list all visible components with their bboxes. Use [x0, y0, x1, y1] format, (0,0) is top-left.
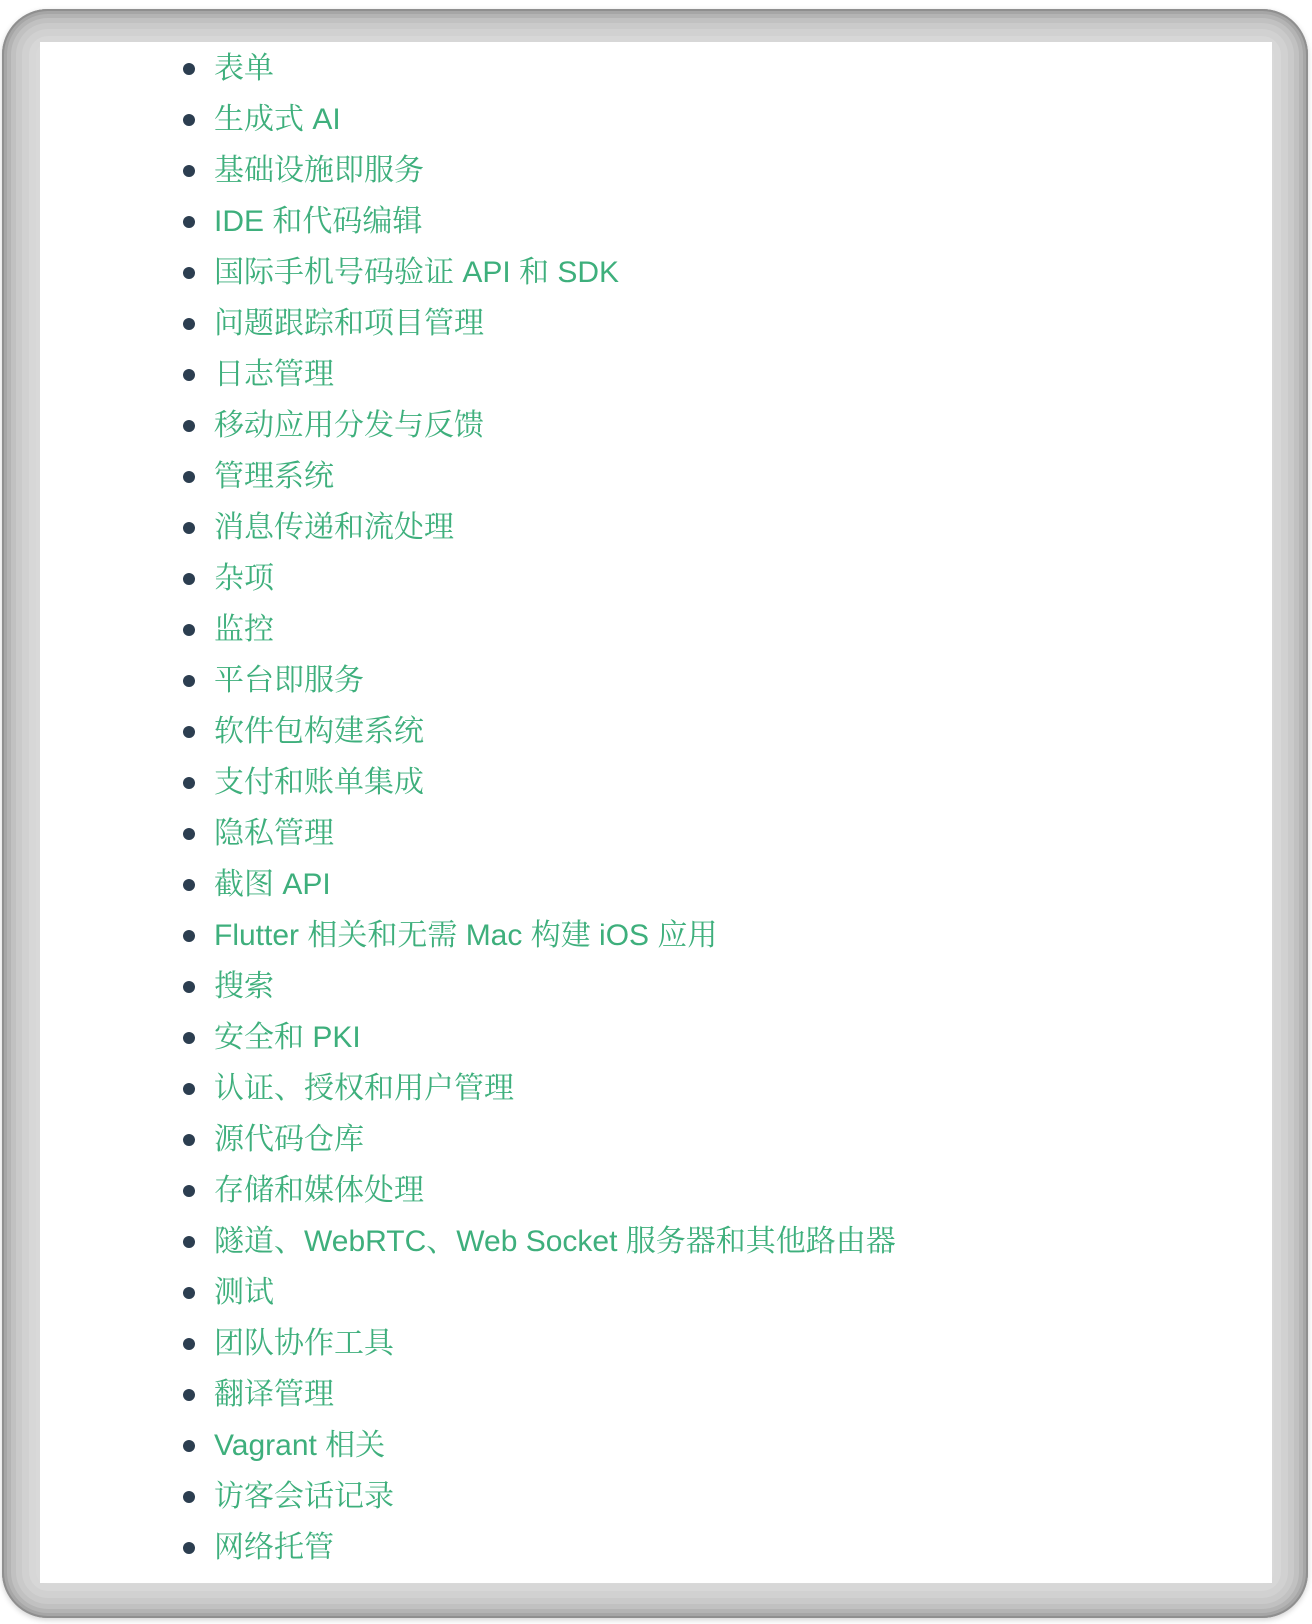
bullet-icon — [183, 1083, 195, 1095]
toc-link[interactable]: 认证、授权和用户管理 — [214, 1071, 514, 1107]
toc-item: 生成式 AI — [183, 94, 1272, 145]
toc-item: 表单 — [183, 43, 1272, 94]
bullet-icon — [183, 1032, 195, 1044]
toc-item: 支付和账单集成 — [183, 757, 1272, 808]
bullet-icon — [183, 726, 195, 738]
page-content: 表单 生成式 AI 基础设施即服务 IDE 和代码编辑 国际手机号码验证 API… — [40, 42, 1272, 1583]
toc-item: 软件包构建系统 — [183, 706, 1272, 757]
toc-item: 移动应用分发与反馈 — [183, 400, 1272, 451]
bullet-icon — [183, 216, 195, 228]
toc-link[interactable]: 翻译管理 — [214, 1377, 334, 1413]
bullet-icon — [183, 624, 195, 636]
toc-item: 平台即服务 — [183, 655, 1272, 706]
toc-item: 国际手机号码验证 API 和 SDK — [183, 247, 1272, 298]
toc-item: 截图 API — [183, 859, 1272, 910]
bullet-icon — [183, 1491, 195, 1503]
toc-item: 翻译管理 — [183, 1369, 1272, 1420]
toc-item: 网络托管 — [183, 1522, 1272, 1573]
toc-item: 访客会话记录 — [183, 1471, 1272, 1522]
toc-link[interactable]: 软件包构建系统 — [214, 714, 424, 750]
bullet-icon — [183, 879, 195, 891]
bullet-icon — [183, 267, 195, 279]
toc-link[interactable]: 消息传递和流处理 — [214, 510, 454, 546]
toc-item: 隐私管理 — [183, 808, 1272, 859]
toc-link[interactable]: 网络托管 — [214, 1530, 334, 1566]
toc-link[interactable]: 国际手机号码验证 API 和 SDK — [214, 255, 619, 291]
toc-link[interactable]: 平台即服务 — [214, 663, 364, 699]
bullet-icon — [183, 318, 195, 330]
toc-item: 日志管理 — [183, 349, 1272, 400]
toc-link[interactable]: 杂项 — [214, 561, 274, 597]
bullet-icon — [183, 930, 195, 942]
toc-link[interactable]: IDE 和代码编辑 — [214, 204, 422, 240]
toc-item: 测试 — [183, 1267, 1272, 1318]
bullet-icon — [183, 1134, 195, 1146]
bullet-icon — [183, 1440, 195, 1452]
toc-link[interactable]: 表单 — [214, 51, 274, 87]
bullet-icon — [183, 1185, 195, 1197]
toc-item: Vagrant 相关 — [183, 1420, 1272, 1471]
toc-link[interactable]: 存储和媒体处理 — [214, 1173, 424, 1209]
bullet-icon — [183, 420, 195, 432]
toc-link[interactable]: Flutter 相关和无需 Mac 构建 iOS 应用 — [214, 918, 717, 954]
toc-item: 监控 — [183, 604, 1272, 655]
toc-item: 问题跟踪和项目管理 — [183, 298, 1272, 349]
toc-link[interactable]: 团队协作工具 — [214, 1326, 394, 1362]
toc-item: 杂项 — [183, 553, 1272, 604]
toc-link[interactable]: 搜索 — [214, 969, 274, 1005]
bullet-icon — [183, 1287, 195, 1299]
toc-item: 搜索 — [183, 961, 1272, 1012]
toc-list: 表单 生成式 AI 基础设施即服务 IDE 和代码编辑 国际手机号码验证 API… — [40, 42, 1272, 1573]
bullet-icon — [183, 573, 195, 585]
toc-item: 隧道、WebRTC、Web Socket 服务器和其他路由器 — [183, 1216, 1272, 1267]
bullet-icon — [183, 522, 195, 534]
bullet-icon — [183, 675, 195, 687]
toc-link[interactable]: 生成式 AI — [214, 102, 341, 138]
toc-link[interactable]: 隐私管理 — [214, 816, 334, 852]
toc-link[interactable]: 移动应用分发与反馈 — [214, 408, 484, 444]
bullet-icon — [183, 369, 195, 381]
toc-item: 管理系统 — [183, 451, 1272, 502]
toc-item: IDE 和代码编辑 — [183, 196, 1272, 247]
toc-item: 存储和媒体处理 — [183, 1165, 1272, 1216]
bullet-icon — [183, 981, 195, 993]
toc-item: 团队协作工具 — [183, 1318, 1272, 1369]
bullet-icon — [183, 114, 195, 126]
toc-link[interactable]: 截图 API — [214, 867, 331, 903]
bullet-icon — [183, 63, 195, 75]
bullet-icon — [183, 1338, 195, 1350]
toc-link[interactable]: 监控 — [214, 612, 274, 648]
bullet-icon — [183, 165, 195, 177]
toc-item: 认证、授权和用户管理 — [183, 1063, 1272, 1114]
bullet-icon — [183, 1236, 195, 1248]
toc-link[interactable]: 支付和账单集成 — [214, 765, 424, 801]
toc-link[interactable]: 测试 — [214, 1275, 274, 1311]
toc-link[interactable]: 基础设施即服务 — [214, 153, 424, 189]
toc-link[interactable]: 访客会话记录 — [214, 1479, 394, 1515]
toc-link[interactable]: 问题跟踪和项目管理 — [214, 306, 484, 342]
toc-item: 安全和 PKI — [183, 1012, 1272, 1063]
toc-link[interactable]: 隧道、WebRTC、Web Socket 服务器和其他路由器 — [214, 1224, 896, 1260]
toc-item: 基础设施即服务 — [183, 145, 1272, 196]
toc-link[interactable]: 日志管理 — [214, 357, 334, 393]
bullet-icon — [183, 1389, 195, 1401]
bullet-icon — [183, 777, 195, 789]
toc-item: Flutter 相关和无需 Mac 构建 iOS 应用 — [183, 910, 1272, 961]
toc-item: 消息传递和流处理 — [183, 502, 1272, 553]
bullet-icon — [183, 1542, 195, 1554]
toc-item: 源代码仓库 — [183, 1114, 1272, 1165]
toc-link[interactable]: Vagrant 相关 — [214, 1428, 385, 1464]
toc-link[interactable]: 管理系统 — [214, 459, 334, 495]
bullet-icon — [183, 828, 195, 840]
toc-link[interactable]: 源代码仓库 — [214, 1122, 364, 1158]
toc-link[interactable]: 安全和 PKI — [214, 1020, 361, 1056]
bullet-icon — [183, 471, 195, 483]
